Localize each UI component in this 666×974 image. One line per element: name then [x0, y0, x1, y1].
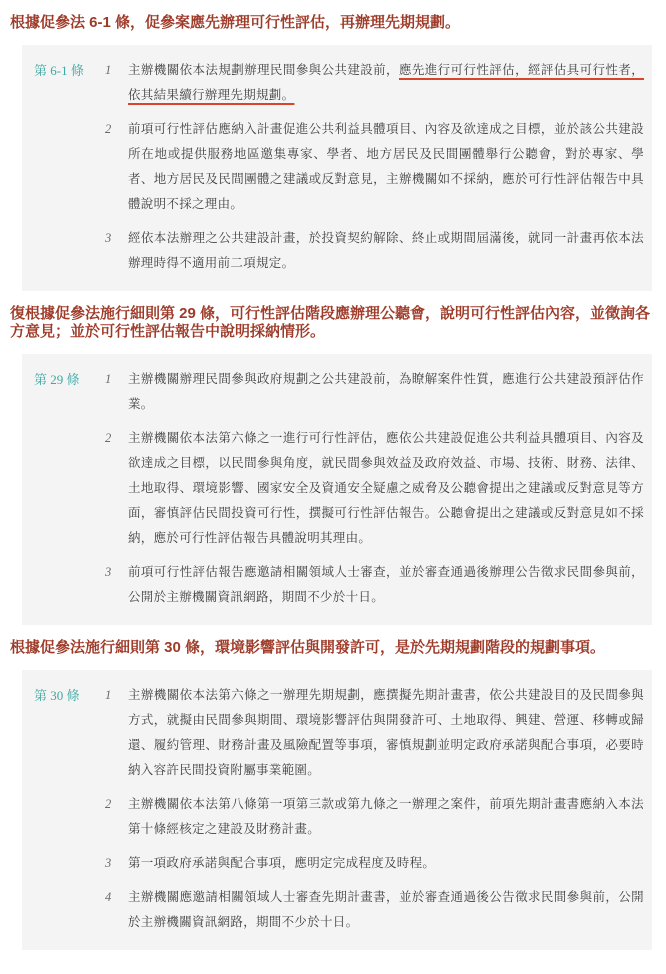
item-text: 前項可行性評估報告應邀請相關領域人士審查，並於審查通過後辦理公告徵求民間參與前，…: [128, 560, 644, 610]
statute-block: 第 29 條 1 主辦機關辦理民間參與政府規劃之公共建設前，為瞭解案件性質，應進…: [22, 354, 652, 625]
article-row: 第 6-1 條 1 主辦機關依本法規劃辦理民間參與公共建設前，應先進行可行性評估…: [34, 58, 644, 276]
item-number: 3: [105, 851, 119, 876]
item-text: 主辦機關依本法第八條第一項第三款或第九條之一辦理之案件，前項先期計畫書應納入本法…: [128, 792, 644, 842]
item-text-plain: 主辦機關依本法規劃辦理民間參與公共建設前，: [128, 63, 399, 77]
item-text: 主辦機關依本法第六條之一辦理先期規劃，應撰擬先期計畫書，依公共建設目的及民間參與…: [128, 683, 644, 783]
section-article-29: 復根據促參法施行細則第 29 條，可行性評估階段應辦理公聽會，說明可行性評估內容…: [0, 305, 666, 625]
statute-block: 第 30 條 1 主辦機關依本法第六條之一辦理先期規劃，應撰擬先期計畫書，依公共…: [22, 670, 652, 950]
statute-block: 第 6-1 條 1 主辦機關依本法規劃辦理民間參與公共建設前，應先進行可行性評估…: [22, 45, 652, 291]
item-text: 主辦機關依本法第六條之一進行可行性評估，應依公共建設促進公共利益具體項目、內容及…: [128, 426, 644, 551]
item-number: 1: [105, 683, 119, 783]
section-article-6-1: 根據促參法 6-1 條，促參案應先辦理可行性評估，再辦理先期規劃。 第 6-1 …: [0, 14, 666, 291]
article-item: 4 主辦機關應邀請相關領域人士審查先期計畫書，並於審查通過後公告徵求民間參與前，…: [105, 885, 644, 935]
item-text: 第一項政府承諾與配合事項，應明定完成程度及時程。: [128, 851, 644, 876]
article-item: 3 第一項政府承諾與配合事項，應明定完成程度及時程。: [105, 851, 644, 876]
article-item: 1 主辦機關依本法第六條之一辦理先期規劃，應撰擬先期計畫書，依公共建設目的及民間…: [105, 683, 644, 783]
item-number: 3: [105, 560, 119, 610]
item-number: 2: [105, 117, 119, 217]
section-heading: 根據促參法施行細則第 30 條，環境影響評估與開發許可，是於先期規劃階段的規劃事…: [10, 639, 652, 657]
section-heading: 根據促參法 6-1 條，促參案應先辦理可行性評估，再辦理先期規劃。: [10, 14, 652, 32]
article-items: 1 主辦機關依本法第六條之一辦理先期規劃，應撰擬先期計畫書，依公共建設目的及民間…: [105, 683, 644, 935]
legal-document-page: 根據促參法 6-1 條，促參案應先辦理可行性評估，再辦理先期規劃。 第 6-1 …: [0, 0, 666, 974]
article-item: 1 主辦機關辦理民間參與政府規劃之公共建設前，為瞭解案件性質，應進行公共建設預評…: [105, 367, 644, 417]
section-heading: 復根據促參法施行細則第 29 條，可行性評估階段應辦理公聽會，說明可行性評估內容…: [10, 305, 652, 341]
item-number: 1: [105, 367, 119, 417]
item-text: 主辦機關辦理民間參與政府規劃之公共建設前，為瞭解案件性質，應進行公共建設預評估作…: [128, 367, 644, 417]
article-item: 3 經依本法辦理之公共建設計畫，於投資契約解除、終止或期間屆滿後，就同一計畫再依…: [105, 226, 644, 276]
article-item: 2 主辦機關依本法第六條之一進行可行性評估，應依公共建設促進公共利益具體項目、內…: [105, 426, 644, 551]
section-article-30: 根據促參法施行細則第 30 條，環境影響評估與開發許可，是於先期規劃階段的規劃事…: [0, 639, 666, 950]
article-number-label: 第 30 條: [34, 683, 105, 708]
item-text: 主辦機關依本法規劃辦理民間參與公共建設前，應先進行可行性評估，經評估具可行性者，…: [128, 58, 644, 108]
article-items: 1 主辦機關依本法規劃辦理民間參與公共建設前，應先進行可行性評估，經評估具可行性…: [105, 58, 644, 276]
article-item: 3 前項可行性評估報告應邀請相關領域人士審查，並於審查通過後辦理公告徵求民間參與…: [105, 560, 644, 610]
item-number: 2: [105, 426, 119, 551]
item-number: 2: [105, 792, 119, 842]
article-items: 1 主辦機關辦理民間參與政府規劃之公共建設前，為瞭解案件性質，應進行公共建設預評…: [105, 367, 644, 610]
item-number: 1: [105, 58, 119, 108]
article-number-label: 第 6-1 條: [34, 58, 105, 83]
article-item: 2 前項可行性評估應納入計畫促進公共利益具體項目、內容及欲達成之目標，並於該公共…: [105, 117, 644, 217]
item-number: 4: [105, 885, 119, 935]
article-item: 1 主辦機關依本法規劃辦理民間參與公共建設前，應先進行可行性評估，經評估具可行性…: [105, 58, 644, 108]
item-text: 前項可行性評估應納入計畫促進公共利益具體項目、內容及欲達成之目標，並於該公共建設…: [128, 117, 644, 217]
article-row: 第 29 條 1 主辦機關辦理民間參與政府規劃之公共建設前，為瞭解案件性質，應進…: [34, 367, 644, 610]
article-row: 第 30 條 1 主辦機關依本法第六條之一辦理先期規劃，應撰擬先期計畫書，依公共…: [34, 683, 644, 935]
article-item: 2 主辦機關依本法第八條第一項第三款或第九條之一辦理之案件，前項先期計畫書應納入…: [105, 792, 644, 842]
article-number-label: 第 29 條: [34, 367, 105, 392]
item-number: 3: [105, 226, 119, 276]
item-text: 主辦機關應邀請相關領域人士審查先期計畫書，並於審查通過後公告徵求民間參與前，公開…: [128, 885, 644, 935]
item-text: 經依本法辦理之公共建設計畫，於投資契約解除、終止或期間屆滿後，就同一計畫再依本法…: [128, 226, 644, 276]
